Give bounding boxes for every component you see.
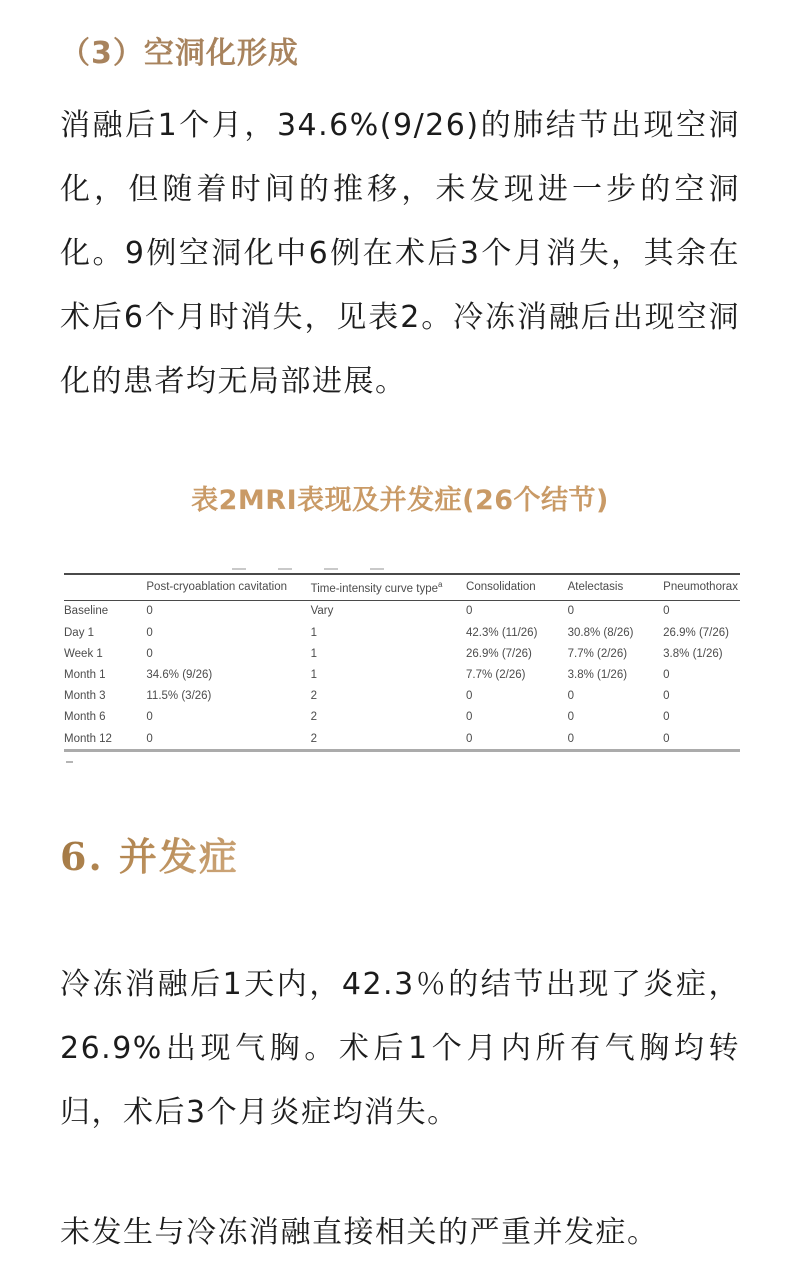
header-consolidation: Consolidation [466, 574, 568, 600]
cell-curve: 1 [311, 622, 466, 643]
table-row: Day 1 0 1 42.3% (11/26) 30.8% (8/26) 26.… [64, 622, 740, 643]
cell-cavitation: 0 [146, 600, 310, 622]
paragraph-no-serious-complications: 未发生与冷冻消融直接相关的严重并发症。 [60, 1201, 740, 1262]
cell-pneumothorax: 3.8% (1/26) [663, 643, 740, 664]
article-page: （3）空洞化形成 消融后1个月，34.6%(9/26)的肺结节出现空洞化，但随着… [0, 0, 800, 1262]
table-row: Baseline 0 Vary 0 0 0 [64, 600, 740, 622]
paragraph-cavitation-findings: 消融后1个月，34.6%(9/26)的肺结节出现空洞化，但随着时间的推移，未发现… [60, 94, 740, 414]
cell-pneumothorax: 0 [663, 707, 740, 728]
cell-atelectasis: 3.8% (1/26) [568, 664, 664, 685]
row-label: Month 1 [64, 664, 146, 685]
row-label: Day 1 [64, 622, 146, 643]
cell-curve: 1 [311, 664, 466, 685]
header-pneumothorax: Pneumothorax [663, 574, 740, 600]
cell-consolidation: 0 [466, 728, 568, 751]
row-label: Baseline [64, 600, 146, 622]
table-caption: 表2MRI表现及并发症(26个结节) [60, 478, 740, 517]
cell-cavitation: 0 [146, 707, 310, 728]
paragraph-complications: 冷冻消融后1天内，42.3％的结节出现了炎症，26.9%出现气胸。术后1个月内所… [60, 953, 740, 1145]
cell-pneumothorax: 0 [663, 686, 740, 707]
row-label: Week 1 [64, 643, 146, 664]
header-curve-type: Time-intensity curve typea [311, 574, 466, 600]
mri-table-figure: Post-cryoablation cavitation Time-intens… [64, 573, 740, 752]
header-curve-type-text: Time-intensity curve type [311, 583, 438, 595]
cell-pneumothorax: 0 [663, 600, 740, 622]
row-label: Month 3 [64, 686, 146, 707]
cell-curve: 2 [311, 686, 466, 707]
table-header-row: Post-cryoablation cavitation Time-intens… [64, 574, 740, 600]
cell-pneumothorax: 0 [663, 664, 740, 685]
cell-pneumothorax: 0 [663, 728, 740, 751]
cell-consolidation: 0 [466, 600, 568, 622]
cropped-text-artifact [232, 568, 392, 570]
cell-atelectasis: 7.7% (2/26) [568, 643, 664, 664]
table-row: Month 3 11.5% (3/26) 2 0 0 0 [64, 686, 740, 707]
row-label: Month 12 [64, 728, 146, 751]
cell-cavitation: 0 [146, 643, 310, 664]
cell-consolidation: 0 [466, 686, 568, 707]
cell-curve: Vary [311, 600, 466, 622]
cell-atelectasis: 0 [568, 686, 664, 707]
cropped-footnote-artifact [66, 761, 73, 763]
section-heading-complications: 6. 并发症 [60, 826, 239, 881]
table-row: Week 1 0 1 26.9% (7/26) 7.7% (2/26) 3.8%… [64, 643, 740, 664]
header-cavitation: Post-cryoablation cavitation [146, 574, 310, 600]
footnote-marker-a: a [438, 580, 442, 589]
cell-curve: 2 [311, 707, 466, 728]
table-row: Month 6 0 2 0 0 0 [64, 707, 740, 728]
cell-consolidation: 0 [466, 707, 568, 728]
cell-pneumothorax: 26.9% (7/26) [663, 622, 740, 643]
cell-atelectasis: 0 [568, 707, 664, 728]
cell-atelectasis: 30.8% (8/26) [568, 622, 664, 643]
cell-atelectasis: 0 [568, 728, 664, 751]
cell-atelectasis: 0 [568, 600, 664, 622]
cell-consolidation: 7.7% (2/26) [466, 664, 568, 685]
cell-cavitation: 34.6% (9/26) [146, 664, 310, 685]
cell-curve: 1 [311, 643, 466, 664]
cell-consolidation: 42.3% (11/26) [466, 622, 568, 643]
table-row: Month 1 34.6% (9/26) 1 7.7% (2/26) 3.8% … [64, 664, 740, 685]
cell-cavitation: 0 [146, 622, 310, 643]
table-header: Post-cryoablation cavitation Time-intens… [64, 574, 740, 600]
table-row: Month 12 0 2 0 0 0 [64, 728, 740, 751]
article-content: （3）空洞化形成 消融后1个月，34.6%(9/26)的肺结节出现空洞化，但随着… [0, 0, 800, 1262]
mri-findings-table: Post-cryoablation cavitation Time-intens… [64, 573, 740, 752]
cell-consolidation: 26.9% (7/26) [466, 643, 568, 664]
table-body: Baseline 0 Vary 0 0 0 Day 1 0 1 42.3% (1… [64, 600, 740, 750]
header-atelectasis: Atelectasis [568, 574, 664, 600]
cell-curve: 2 [311, 728, 466, 751]
row-label: Month 6 [64, 707, 146, 728]
header-timepoint [64, 574, 146, 600]
cell-cavitation: 0 [146, 728, 310, 751]
subsection-heading-cavitation: （3）空洞化形成 [60, 0, 740, 75]
cell-cavitation: 11.5% (3/26) [146, 686, 310, 707]
